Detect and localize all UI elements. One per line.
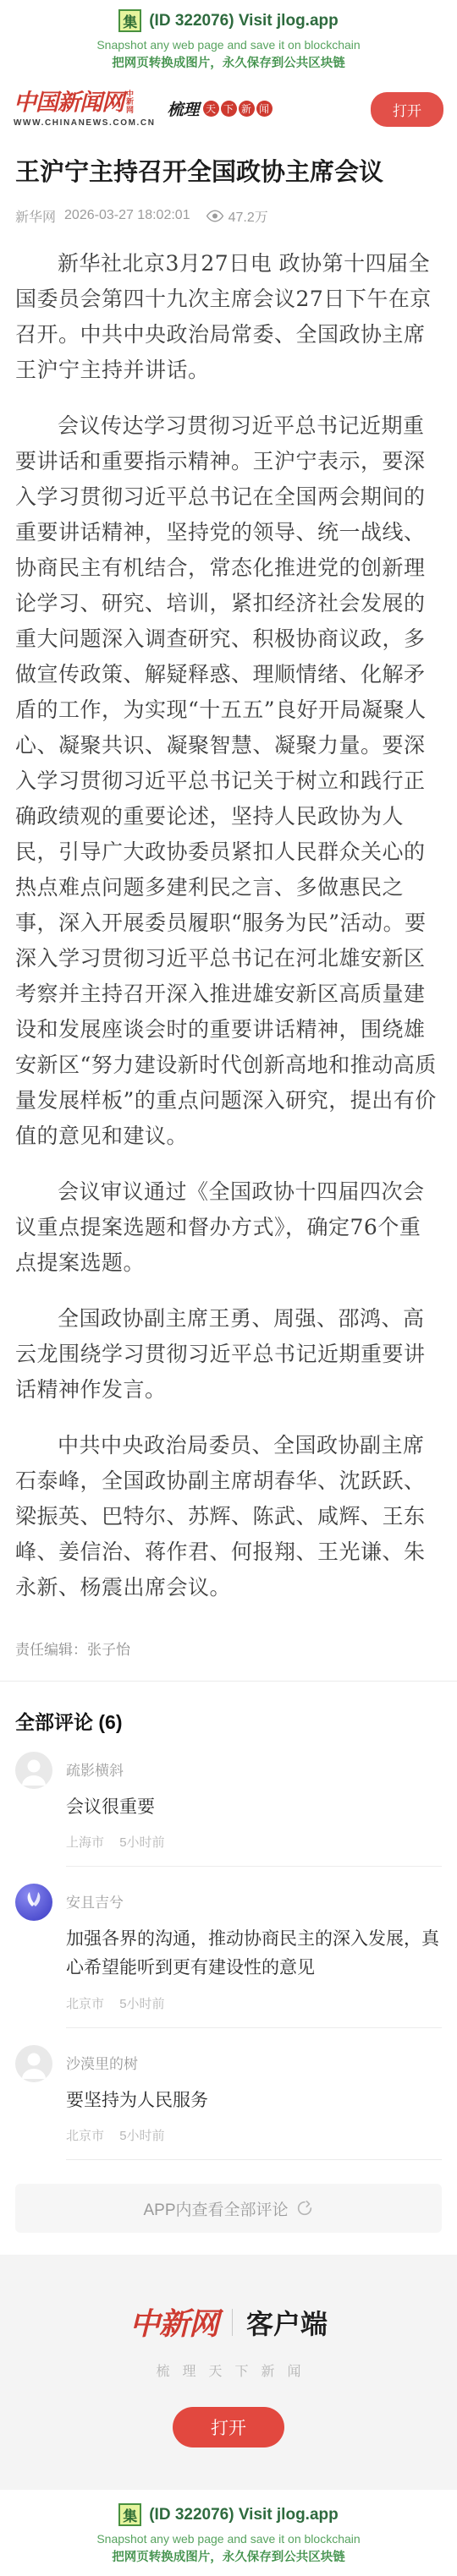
article-paragraph: 中共中央政治局委员、全国政协副主席石泰峰，全国政协副主席胡春华、沈跃跃、梁振英、… xyxy=(15,1428,442,1605)
comment-item: 疏影横斜 会议很重要 上海市 5小时前 xyxy=(15,1735,442,1868)
article: 王沪宁主持召开全国政协主席会议 新华网 2026-03-27 18:02:01 … xyxy=(0,156,457,1659)
comment-meta: 北京市 5小时前 xyxy=(66,1994,442,2012)
tagline-circle-char: 闻 xyxy=(256,101,273,117)
promo-banner-subtitle-en: Snapshot any web page and save it on blo… xyxy=(0,2532,457,2546)
divider xyxy=(232,2309,233,2336)
article-meta: 新华网 2026-03-27 18:02:01 47.2万 xyxy=(15,206,442,226)
footer-logo-text: 中新网 xyxy=(129,2300,218,2344)
article-datetime: 2026-03-27 18:02:01 xyxy=(64,208,190,223)
app-footer: 中新网 客户端 梳理天下新闻 打开 xyxy=(0,2255,457,2490)
comment-meta: 上海市 5小时前 xyxy=(66,1833,442,1851)
article-body: 新华社北京3月27日电 政协第十四届全国委员会第四十九次主席会议27日下午在京召… xyxy=(15,246,442,1605)
open-app-button-footer[interactable]: 打开 xyxy=(173,2407,284,2447)
view-all-comments-button[interactable]: APP内查看全部评论 xyxy=(15,2184,442,2233)
tagline-circle-char: 新 xyxy=(239,101,255,117)
jlog-promo-banner-bottom[interactable]: 集 (ID 322076) Visit jlog.app Snapshot an… xyxy=(0,2490,457,2576)
jlog-promo-banner-top[interactable]: 集 (ID 322076) Visit jlog.app Snapshot an… xyxy=(0,0,457,82)
promo-banner-subtitle-en: Snapshot any web page and save it on blo… xyxy=(0,38,457,52)
comments-heading: 全部评论 (6) xyxy=(15,1707,442,1735)
article-title: 王沪宁主持召开全国政协主席会议 xyxy=(15,156,442,189)
comment-location: 北京市 xyxy=(66,2129,104,2143)
circle-arrow-icon xyxy=(295,2199,314,2218)
comment-item: 沙漠里的树 要坚持为人民服务 北京市 5小时前 xyxy=(15,2028,442,2161)
comment-time: 5小时前 xyxy=(119,1835,164,1850)
comments-section: 全部评论 (6) 疏影横斜 会议很重要 上海市 5小时前 安且吉兮 加强 xyxy=(0,1707,457,2160)
comment-author: 疏影横斜 xyxy=(66,1758,442,1780)
article-paragraph: 新华社北京3月27日电 政协第十四届全国委员会第四十九次主席会议27日下午在京召… xyxy=(15,246,442,388)
ji-collect-icon: 集 xyxy=(118,9,141,32)
comment-content: 会议很重要 xyxy=(66,1793,442,1822)
person-icon xyxy=(15,1752,52,1789)
default-avatar xyxy=(15,2045,52,2082)
comment-time: 5小时前 xyxy=(119,1997,164,2011)
footer-tagline: 梳理天下新闻 xyxy=(0,2360,457,2380)
site-header: 中国新闻网 中新网 WWW.CHINANEWS.COM.CN 梳理 天 下 新 … xyxy=(0,82,457,141)
comment-author: 安且吉兮 xyxy=(66,1890,442,1911)
comment-time: 5小时前 xyxy=(119,2129,164,2143)
comment-content: 要坚持为人民服务 xyxy=(66,2087,442,2115)
view-all-comments-label: APP内查看全部评论 xyxy=(143,2197,288,2220)
ji-collect-icon: 集 xyxy=(118,2503,141,2526)
article-paragraph: 会议传达学习贯彻习近平总书记近期重要讲话和重要指示精神。王沪宁表示，要深入学习贯… xyxy=(15,408,442,1154)
chinanews-logo-side-text: 中新网 xyxy=(126,90,136,114)
footer-client-label: 客户端 xyxy=(246,2303,328,2342)
default-avatar xyxy=(15,1752,52,1789)
editor-line: 责任编辑：张子怡 xyxy=(15,1638,442,1659)
tagline-prefix: 梳理 xyxy=(168,97,200,120)
comment-content: 加强各界的沟通，推动协商民主的深入发展，真心希望能听到更有建设性的意见 xyxy=(66,1925,442,1982)
comment-author: 沙漠里的树 xyxy=(66,2052,442,2073)
promo-banner-title: (ID 322076) Visit jlog.app xyxy=(149,2506,339,2524)
article-paragraph: 会议审议通过《全国政协十四届四次会议重点提案选题和督办方式》，确定76个重点提案… xyxy=(15,1174,442,1281)
person-icon xyxy=(15,2045,52,2082)
article-source: 新华网 xyxy=(15,206,56,226)
open-app-button-header[interactable]: 打开 xyxy=(371,92,443,127)
tagline-banner: 梳理 天 下 新 闻 xyxy=(168,97,273,120)
article-paragraph: 全国政协副主席王勇、周强、邵鸿、高云龙围绕学习贯彻习近平总书记近期重要讲话精神作… xyxy=(15,1301,442,1408)
tagline-circle-char: 天 xyxy=(203,101,219,117)
view-count: 47.2万 xyxy=(228,206,268,226)
comment-meta: 北京市 5小时前 xyxy=(66,2126,442,2144)
promo-banner-subtitle-cn: 把网页转换成图片，永久保存到公共区块链 xyxy=(0,2547,457,2565)
wings-icon xyxy=(15,1884,52,1921)
promo-banner-title: (ID 322076) Visit jlog.app xyxy=(149,12,339,30)
tagline-circle-char: 下 xyxy=(221,101,237,117)
comment-item: 安且吉兮 加强各界的沟通，推动协商民主的深入发展，真心希望能听到更有建设性的意见… xyxy=(15,1867,442,2027)
views-eye-icon xyxy=(206,210,224,222)
chinanews-logo[interactable]: 中国新闻网 中新网 WWW.CHINANEWS.COM.CN xyxy=(14,90,156,128)
chinanews-logo-url: WWW.CHINANEWS.COM.CN xyxy=(14,118,156,128)
user-avatar xyxy=(15,1884,52,1921)
divider xyxy=(0,1681,457,1682)
chinanews-logo-text: 中国新闻网 xyxy=(14,90,124,116)
comment-location: 北京市 xyxy=(66,1997,104,2011)
promo-banner-subtitle-cn: 把网页转换成图片，永久保存到公共区块链 xyxy=(0,53,457,71)
comment-location: 上海市 xyxy=(66,1835,104,1850)
